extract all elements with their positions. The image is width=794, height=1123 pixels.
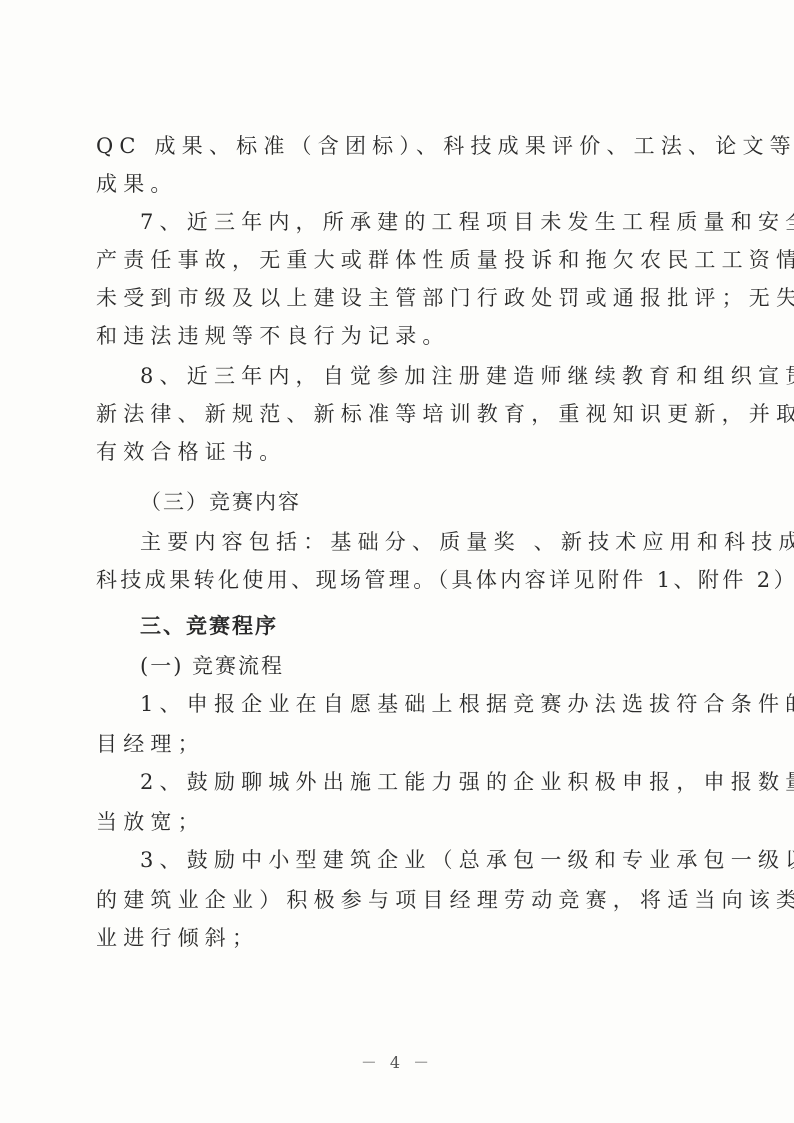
flow-item-3-line-3: 业进行倾斜；	[96, 924, 680, 952]
flow-item-1-line-2: 目经理；	[96, 730, 680, 758]
item-8-line-1: 8、近三年内，自觉参加注册建造师继续教育和组织宣贯的	[140, 362, 680, 390]
contest-content-line-1: 主要内容包括：基础分、质量奖 、新技术应用和科技成果、	[140, 528, 680, 556]
flow-item-2-line-2: 当放宽；	[96, 808, 680, 836]
item-7-line-3: 未受到市级及以上建设主管部门行政处罚或通报批评；无失信	[96, 284, 680, 312]
item-8-line-2: 新法律、新规范、新标准等培训教育，重视知识更新，并取得	[96, 400, 680, 428]
flow-item-3-line-1: 3、鼓励中小型建筑企业（总承包一级和专业承包一级以外	[140, 846, 680, 874]
section-heading-contest-procedure: 三、竞赛程序	[140, 612, 680, 640]
page-number: － 4 －	[0, 1050, 794, 1073]
flow-item-2-line-1: 2、鼓励聊城外出施工能力强的企业积极申报，申报数量适	[140, 768, 680, 796]
item-7-line-1: 7、近三年内，所承建的工程项目未发生工程质量和安全生	[140, 208, 680, 236]
subsection-heading-contest-flow: (一) 竞赛流程	[140, 652, 680, 680]
item-7-line-2: 产责任事故，无重大或群体性质量投诉和拖欠农民工工资情况；	[96, 246, 680, 274]
text-line-qc-results: QC 成果、标准（含团标）、科技成果评价、工法、论文等转化	[96, 132, 680, 160]
item-8-line-3: 有效合格证书。	[96, 438, 680, 466]
contest-content-line-2: 科技成果转化使用、现场管理。（具体内容详见附件 1、附件 2）	[96, 566, 680, 594]
flow-item-1-line-1: 1、申报企业在自愿基础上根据竞赛办法选拔符合条件的项	[140, 690, 680, 718]
document-page: QC 成果、标准（含团标）、科技成果评价、工法、论文等转化 成果。 7、近三年内…	[0, 0, 794, 1123]
text-line-results-end: 成果。	[96, 170, 680, 198]
flow-item-3-line-2: 的建筑业企业）积极参与项目经理劳动竞赛，将适当向该类企	[96, 886, 680, 914]
item-7-line-4: 和违法违规等不良行为记录。	[96, 322, 680, 350]
section-heading-contest-content: （三）竞赛内容	[140, 488, 680, 516]
